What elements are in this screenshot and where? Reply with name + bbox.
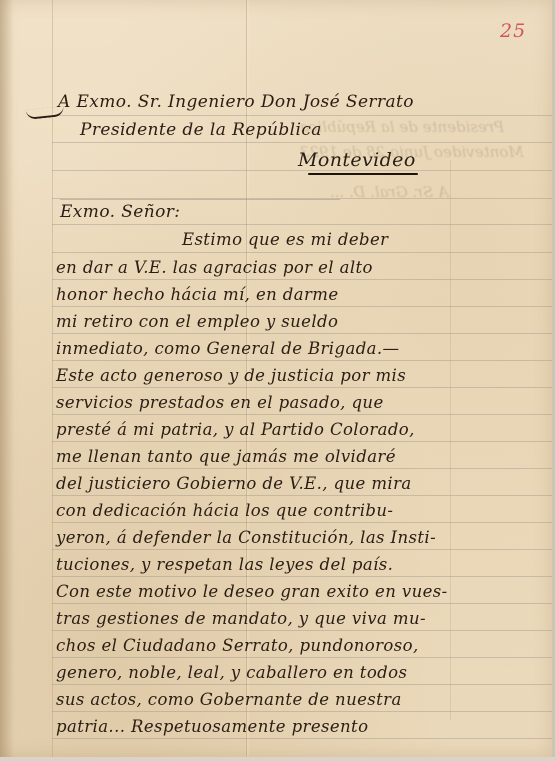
body-line: genero, noble, leal, y caballero en todo… [56,663,407,682]
bleed-through-text: Presidente de la República [300,118,504,136]
salutation: Exmo. Señor: [60,202,180,222]
ruled-line [52,468,552,469]
body-line: con dedicación hácia los que contribu- [56,501,393,520]
body-line: tuciones, y respetan las leyes del país. [56,555,393,574]
ruled-line [52,387,552,388]
ruled-line [52,576,552,577]
ruled-line [52,495,552,496]
ruled-line [52,115,552,116]
ruled-line [52,630,552,631]
body-line: presté á mi patria, y al Partido Colorad… [56,420,415,439]
body-line: yeron, á defender la Constitución, las I… [56,528,436,547]
right-margin-line [450,160,451,720]
body-line: Con este motivo le deseo gran exito en v… [56,582,448,601]
letter-page: 25 Presidente de la República Montevideo… [0,0,555,757]
ruled-line [52,441,552,442]
body-line: servicios prestados en el pasado, que [56,393,384,412]
ruled-line [52,333,552,334]
ruled-line [52,360,552,361]
ruled-line [52,711,552,712]
address-line-recipient: A Exmo. Sr. Ingeniero Don José Serrato [58,92,414,112]
ruled-line [60,199,340,200]
body-line: patria... Respetuosamente presento [56,717,368,736]
ruled-line [52,414,552,415]
ruled-line [52,603,552,604]
bleed-through-text: A Sr. Gral. D. ... [330,183,449,201]
address-line-title: Presidente de la República [80,120,322,140]
page-edge-shadow [0,0,14,757]
body-line: en dar a V.E. las agracias por el alto [56,258,373,277]
ruled-line [52,252,552,253]
ruled-line [52,738,552,739]
body-line: Este acto generoso y de justicia por mis [56,366,406,385]
body-line: Estimo que es mi deber [182,230,388,249]
ruled-line [52,224,552,225]
folio-number: 25 [500,20,526,42]
ruled-line [52,522,552,523]
body-line: inmediato, como General de Brigada.— [56,339,399,358]
body-line: me llenan tanto que jamás me olvidaré [56,447,396,466]
address-line-city: Montevideo [298,149,416,171]
ruled-line [52,549,552,550]
ruled-line [52,657,552,658]
body-line: honor hecho hácia mí, en darme [56,285,339,304]
body-line: sus actos, como Gobernante de nuestra [56,690,402,709]
ruled-line [52,279,552,280]
ruled-line [52,684,552,685]
ruled-line [52,306,552,307]
body-line: mi retiro con el empleo y sueldo [56,312,338,331]
city-underline [308,173,418,175]
body-line: del justiciero Gobierno de V.E., que mir… [56,474,412,493]
body-line: chos el Ciudadano Serrato, pundonoroso, [56,636,419,655]
body-line: tras gestiones de mandato, y que viva mu… [56,609,426,628]
